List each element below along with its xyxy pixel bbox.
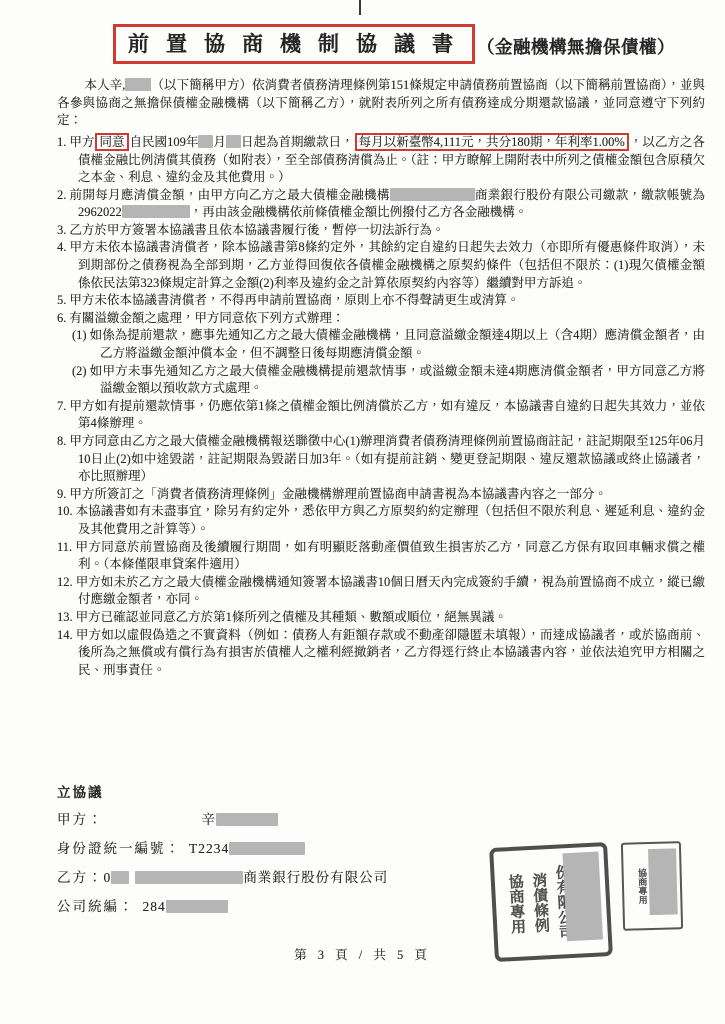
agreement-item: 13.甲方已確認並同意乙方於第1條所列之債權及其種類、數額或順位，絕無異議。	[57, 609, 705, 627]
party-b-value: 0商業銀行股份有限公司	[104, 870, 389, 885]
highlight-box: 每月以新臺幣4,111元，共分180期，年利率1.00%	[355, 133, 629, 151]
company-id-value: 284	[135, 899, 228, 914]
redaction-bar	[111, 871, 129, 884]
redaction-bar	[390, 188, 475, 201]
item-text: 甲方同意自民國109年月日起為首期繳款日，每月以新臺幣4,111元，共分180期…	[69, 135, 705, 184]
highlight-box: 同意	[95, 133, 128, 151]
item-number: 4.	[57, 240, 69, 254]
seal-text-column: 協商專用	[636, 846, 647, 926]
scan-artifact-mark	[359, 0, 361, 15]
item-number: 9.	[57, 487, 69, 501]
id-number-value: T2234	[181, 841, 305, 856]
item-text: 甲方未依本協議書清償者，不得再申請前置協商，原則上亦不得聲請更生或清算。	[69, 293, 519, 307]
item-text: 如係為提前還款，應事先通知乙方之最大債權金融機構，且同意溢繳金額達4期以上（含4…	[90, 328, 705, 360]
item-number: 12.	[57, 575, 76, 589]
item-number: 3.	[57, 223, 69, 237]
seal-text-column: 消債條例	[529, 852, 549, 953]
agreement-item: 5.甲方未依本協議書清償者，不得再申請前置協商，原則上亦不得聲請更生或清算。	[57, 292, 705, 310]
agreement-item: 11.甲方同意於前置協商及後續履行期間，如有明顯貶落動產價值致生損害於乙方，同意…	[57, 539, 705, 574]
signature-heading: 立協議	[57, 781, 388, 801]
agreement-item: 12.甲方如未於乙方之最大債權金融機構通知簽署本協議書10個日曆天內完成簽約手續…	[57, 574, 705, 609]
agreement-item: 14.甲方如以虛假偽造之不實資料（例如：債務人有鉅額存款或不動產卻隱匿未填報），…	[57, 627, 705, 680]
item-number: 7.	[57, 399, 69, 413]
agreement-item: 7.甲方如有提前還款情事，仍應依第1條之債權金額比例清償於乙方，如有違反，本協議…	[57, 398, 705, 433]
item-text: 如甲方未事先通知乙方之最大債權金融機構提前還款情事，或溢繳金額未達4期應清償金額…	[90, 364, 705, 396]
party-a-row: 甲方：辛	[57, 808, 388, 828]
signature-section: 立協議 甲方：辛 身份證統一編號：T2234 乙方：0商業銀行股份有限公司 公司…	[57, 781, 388, 924]
document-content: 前置協商機制協議書 （金融機構無擔保債權） 本人辛,（以下簡稱甲方）依消費者債務…	[57, 24, 705, 679]
agreement-item: 1.甲方同意自民國109年月日起為首期繳款日，每月以新臺幣4,111元，共分18…	[57, 134, 705, 187]
company-id-row: 公司統編：284	[57, 895, 388, 915]
agreement-items: 1.甲方同意自民國109年月日起為首期繳款日，每月以新臺幣4,111元，共分18…	[57, 134, 705, 679]
item-text: 乙方於甲方簽署本協議書且依本協議書履行後，暫停一切法訴行為。	[69, 223, 444, 237]
agreement-item: 6.有關溢繳金額之處理，甲方同意依下列方式辦理：	[57, 310, 705, 328]
redaction-bar	[198, 135, 213, 148]
agreement-subitem: (2)如甲方未事先通知乙方之最大債權金融機構提前還款情事，或溢繳金額未達4期應清…	[72, 363, 705, 398]
item-number: 10.	[57, 504, 76, 518]
redaction-bar	[229, 842, 305, 855]
agreement-item: 2.前開每月應清償金額，由甲方向乙方之最大債權金融機構商業銀行股份有限公司繳款，…	[57, 187, 705, 222]
redaction-bar	[135, 871, 243, 884]
item-number: 5.	[57, 293, 69, 307]
seal-redaction	[648, 848, 678, 915]
agreement-item: 10.本協議書如有未盡事宜，除另有約定外，悉依甲方與乙方原契約約定辦理（包括但不…	[57, 503, 705, 538]
item-number: 6.	[57, 311, 69, 325]
agreement-item: 4.甲方未依本協議書清償者，除本協議書第8條約定外，其餘約定自違約日起失去效力（…	[57, 239, 705, 292]
party-a-label: 甲方：	[57, 812, 104, 827]
item-number: (1)	[72, 328, 90, 342]
item-number: 2.	[57, 188, 69, 202]
redaction-bar	[122, 205, 190, 218]
item-text: 前開每月應清償金額，由甲方向乙方之最大債權金融機構商業銀行股份有限公司繳款，繳款…	[69, 188, 705, 220]
bank-seal-large: 商業銀行股份有限公司消債條例協商專用	[489, 842, 613, 962]
party-a-value: 辛	[104, 812, 279, 827]
seal-redaction	[562, 851, 603, 941]
agreement-item: 8.甲方同意由乙方之最大債權金融機構報送聯徵中心(1)辦理消費者債務清理條例前置…	[57, 433, 705, 486]
item-number: 8.	[57, 434, 69, 448]
seal-text-column: 協商專用	[505, 854, 525, 955]
item-number: 13.	[57, 610, 76, 624]
redaction-bar	[166, 900, 228, 913]
agreement-item: 9.甲方所簽訂之「消費者債務清理條例」金融機構辦理前置協商申請書視為本協議書內容…	[57, 486, 705, 504]
id-number-row: 身份證統一編號：T2234	[57, 837, 388, 857]
item-text: 甲方如以虛假偽造之不實資料（例如：債務人有鉅額存款或不動產卻隱匿未填報），而達成…	[76, 628, 705, 677]
item-text: 甲方所簽訂之「消費者債務清理條例」金融機構辦理前置協商申請書視為本協議書內容之一…	[69, 487, 607, 501]
party-b-row: 乙方：0商業銀行股份有限公司	[57, 866, 388, 886]
item-text: 甲方未依本協議書清償者，除本協議書第8條約定外，其餘約定自違約日起失去效力（亦即…	[69, 240, 705, 289]
item-text: 甲方如有提前還款情事，仍應依第1條之債權金額比例清償於乙方，如有違反，本協議書自…	[69, 399, 705, 431]
document-subtitle: （金融機構無擔保債權）	[477, 34, 675, 59]
item-text: 甲方同意由乙方之最大債權金融機構報送聯徵中心(1)辦理消費者債務清理條例前置協商…	[69, 434, 705, 483]
item-text: 本協議書如有未盡事宜，除另有約定外，悉依甲方與乙方原契約約定辦理（包括但不限於利…	[76, 504, 705, 536]
item-text: 甲方同意於前置協商及後續履行期間，如有明顯貶落動產價值致生損害於乙方，同意乙方保…	[75, 540, 705, 572]
intro-paragraph: 本人辛,（以下簡稱甲方）依消費者債務清理條例第151條規定申請債務前置協商（以下…	[57, 77, 705, 130]
item-number: (2)	[72, 364, 90, 378]
redaction-bar	[125, 78, 151, 91]
item-number: 1.	[57, 135, 69, 149]
item-text: 甲方已確認並同意乙方於第1條所列之債權及其種類、數額或順位，絕無異議。	[76, 610, 507, 624]
item-number: 11.	[57, 540, 75, 554]
party-b-label: 乙方：	[57, 870, 104, 885]
id-number-label: 身份證統一編號：	[57, 841, 181, 856]
agreement-item: 3.乙方於甲方簽署本協議書且依本協議書履行後，暫停一切法訴行為。	[57, 222, 705, 240]
item-text: 甲方如未於乙方之最大債權金融機構通知簽署本協議書10個日曆天內完成簽約手續，視為…	[76, 575, 705, 607]
bank-seal-small: 消債條例協商專用	[621, 841, 683, 931]
redaction-bar	[226, 135, 241, 148]
company-id-label: 公司統編：	[57, 899, 135, 914]
document-page: 前置協商機制協議書 （金融機構無擔保債權） 本人辛,（以下簡稱甲方）依消費者債務…	[0, 0, 725, 1024]
redaction-bar	[216, 813, 278, 826]
agreement-subitem: (1)如係為提前還款，應事先通知乙方之最大債權金融機構，且同意溢繳金額達4期以上…	[72, 327, 705, 362]
item-number: 14.	[57, 628, 76, 642]
document-title: 前置協商機制協議書	[113, 24, 475, 64]
page-number: 第 3 頁 / 共 5 頁	[0, 945, 725, 963]
item-text: 有關溢繳金額之處理，甲方同意依下列方式辦理：	[69, 311, 344, 325]
title-row: 前置協商機制協議書 （金融機構無擔保債權）	[113, 24, 705, 64]
